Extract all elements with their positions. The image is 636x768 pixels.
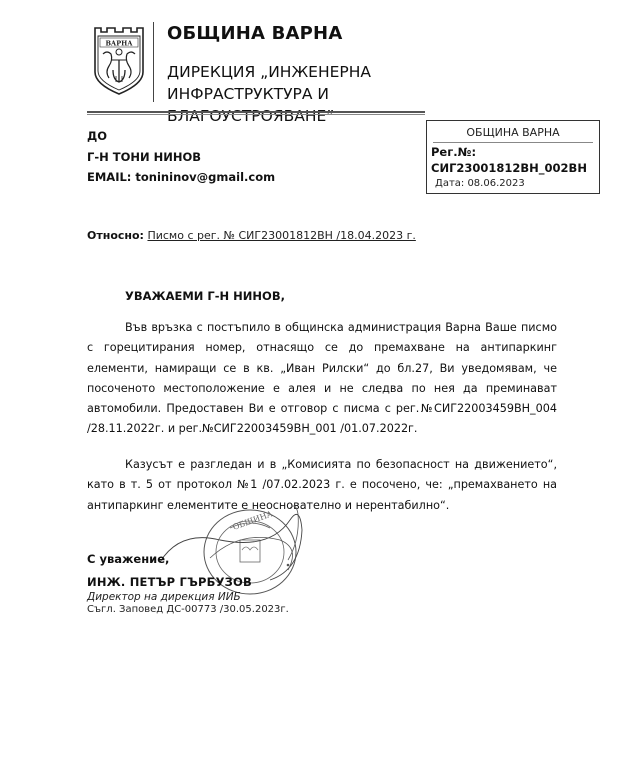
registration-organization: ОБЩИНА ВАРНА: [427, 126, 599, 139]
header-divider: [153, 22, 154, 102]
salutation: УВАЖАЕМИ Г-Н НИНОВ,: [125, 289, 285, 303]
municipality-title: ОБЩИНА ВАРНА: [167, 23, 342, 44]
signer-name: ИНЖ. ПЕТЪР ГЪРБУЗОВ: [87, 575, 252, 589]
varna-coat-of-arms-icon: ВАРНА: [91, 24, 147, 96]
header-rule: [87, 111, 425, 115]
subject-reference: Писмо с рег. № СИГ23001812ВН /18.04.2023…: [147, 229, 415, 242]
directorate-title: ДИРЕКЦИЯ „ИНЖЕНЕРНА ИНФРАСТРУКТУРА И БЛА…: [167, 61, 467, 127]
registration-label: Рег.№:: [431, 145, 476, 159]
registration-number: СИГ23001812ВН_002ВН: [431, 161, 587, 175]
body-paragraph-1: Във връзка с постъпило в общинска админи…: [87, 318, 557, 440]
registration-stamp: ОБЩИНА ВАРНА Рег.№: СИГ23001812ВН_002ВН …: [426, 120, 600, 194]
subject-label: Относно:: [87, 229, 144, 242]
closing: С уважение,: [87, 552, 169, 566]
recipient-to: ДО: [87, 129, 107, 143]
body-paragraph-2: Казусът е разгледан и в „Комисията по бе…: [87, 455, 557, 516]
paragraph-text: Във връзка с постъпило в общинска админи…: [87, 318, 557, 440]
registration-separator: [433, 142, 593, 143]
recipient-name: Г-Н ТОНИ НИНОВ: [87, 150, 201, 164]
paragraph-text: Казусът е разгледан и в „Комисията по бе…: [87, 455, 557, 516]
recipient-email: EMAIL: tonininov@gmail.com: [87, 170, 275, 184]
registration-date: Дата: 08.06.2023: [435, 178, 525, 189]
signer-title: Директор на дирекция ИИБ: [87, 591, 241, 603]
subject-line: Относно: Писмо с рег. № СИГ23001812ВН /1…: [87, 229, 416, 242]
svg-text:ВАРНА: ВАРНА: [105, 40, 133, 48]
signer-order: Съгл. Заповед ДС-00773 /30.05.2023г.: [87, 604, 289, 615]
